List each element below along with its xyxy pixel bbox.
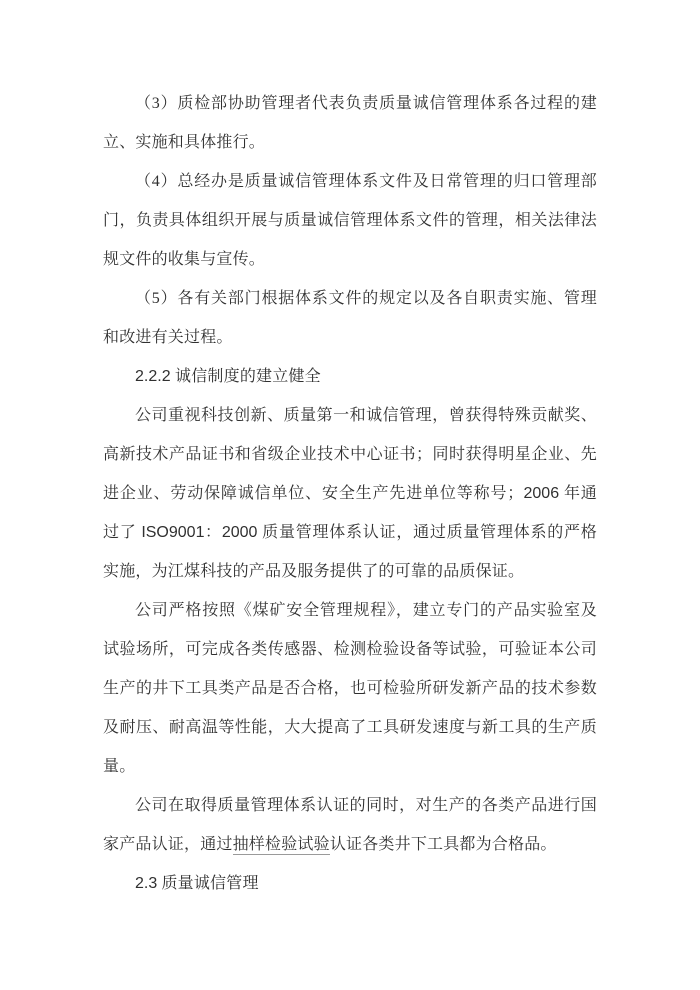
text-segment: 和改进有关过程。 xyxy=(103,329,233,346)
text-segment: 2.2.2 xyxy=(135,368,175,385)
text-segment: 及耐压、耐高温等性能，大大提高了工具研发速度与新工具的生产质 xyxy=(103,719,597,736)
text-segment: 过了 xyxy=(103,524,141,541)
text-segment: 高新技术产品证书和省级企业技术中心证书；同时获得明星企业、先 xyxy=(103,446,597,463)
paragraph-line-p5-l1: 试验场所，可完成各类传感器、检测检验设备等试验，可验证本公司 xyxy=(103,630,597,669)
text-segment: （3）质检部协助管理者代表负责质量诚信管理体系各过程的建 xyxy=(135,95,597,112)
text-segment: 门，负责具体组织开展与质量诚信管理体系文件的管理，相关法律法 xyxy=(103,212,597,229)
paragraph-line-p4-l1: 高新技术产品证书和省级企业技术中心证书；同时获得明星企业、先 xyxy=(103,435,597,474)
paragraph-line-p6-l0: 公司在取得质量管理体系认证的同时，对生产的各类产品进行国 xyxy=(103,786,597,825)
text-segment: ISO9001 xyxy=(141,524,204,541)
text-segment: 2.3 xyxy=(135,875,157,892)
text-segment: 立、实施和具体推行。 xyxy=(103,134,265,151)
text-segment: 规文件的收集与宣传。 xyxy=(103,251,265,268)
text-segment: 年通 xyxy=(559,485,597,502)
paragraph-line-p4-l0: 公司重视科技创新、质量第一和诚信管理，曾获得特殊贡献奖、 xyxy=(103,396,597,435)
text-segment: 量。 xyxy=(103,758,135,775)
paragraph-line-p1-l2: 规文件的收集与宣传。 xyxy=(103,240,597,279)
text-segment: 进企业、劳动保障诚信单位、安全生产先进单位等称号； xyxy=(103,485,524,502)
paragraph-line-p4-l2: 进企业、劳动保障诚信单位、安全生产先进单位等称号；2006 年通 xyxy=(103,474,597,513)
paragraph-line-p4-l4: 实施，为江煤科技的产品及服务提供了的可靠的品质保证。 xyxy=(103,552,597,591)
paragraph-line-p0-l1: 立、实施和具体推行。 xyxy=(103,123,597,162)
paragraph-line-p5-l0: 公司严格按照《煤矿安全管理规程》，建立专门的产品实验室及 xyxy=(103,591,597,630)
paragraph-line-p0-l0: （3）质检部协助管理者代表负责质量诚信管理体系各过程的建 xyxy=(103,84,597,123)
paragraph-line-p5-l3: 及耐压、耐高温等性能，大大提高了工具研发速度与新工具的生产质 xyxy=(103,708,597,747)
paragraph-line-p4-l3: 过了 ISO9001：2000 质量管理体系认证，通过质量管理体系的严格 xyxy=(103,513,597,552)
text-segment: （4）总经办是质量诚信管理体系文件及日常管理的归口管理部 xyxy=(135,173,597,190)
text-segment: 2006 xyxy=(524,485,560,502)
text-segment: 公司在取得质量管理体系认证的同时，对生产的各类产品进行国 xyxy=(135,797,597,814)
text-segment: 家产品认证，通过 xyxy=(103,836,233,853)
heading-line-p3-l0: 2.2.2 诚信制度的建立健全 xyxy=(103,357,597,396)
paragraph-line-p2-l1: 和改进有关过程。 xyxy=(103,318,597,357)
text-segment: 实施，为江煤科技的产品及服务提供了的可靠的品质保证。 xyxy=(103,563,524,580)
text-segment: ： xyxy=(204,524,221,541)
text-segment: 生产的井下工具类产品是否合格，也可检验所研发新产品的技术参数 xyxy=(103,680,597,697)
heading-line-p7-l0: 2.3 质量诚信管理 xyxy=(103,864,597,903)
text-segment: 公司重视科技创新、质量第一和诚信管理，曾获得特殊贡献奖、 xyxy=(135,407,597,424)
text-segment: 质量诚信管理 xyxy=(157,875,258,892)
paragraph-line-p1-l1: 门，负责具体组织开展与质量诚信管理体系文件的管理，相关法律法 xyxy=(103,201,597,240)
text-segment: （5）各有关部门根据体系文件的规定以及各自职责实施、管理 xyxy=(135,290,597,307)
text-segment: 诚信制度的建立健全 xyxy=(175,368,321,385)
paragraph-line-p6-l1: 家产品认证，通过抽样检验试验认证各类井下工具都为合格品。 xyxy=(103,825,597,864)
text-segment: 2000 xyxy=(222,524,258,541)
paragraph-line-p1-l0: （4）总经办是质量诚信管理体系文件及日常管理的归口管理部 xyxy=(103,162,597,201)
text-segment: 公司严格按照《煤矿安全管理规程》，建立专门的产品实验室及 xyxy=(135,602,597,619)
underlined-text-segment: 抽样检验试验 xyxy=(233,836,330,855)
document-page: （3）质检部协助管理者代表负责质量诚信管理体系各过程的建立、实施和具体推行。（4… xyxy=(0,0,700,990)
paragraph-line-p5-l2: 生产的井下工具类产品是否合格，也可检验所研发新产品的技术参数 xyxy=(103,669,597,708)
paragraph-line-p5-l4: 量。 xyxy=(103,747,597,786)
text-segment: 认证各类井下工具都为合格品。 xyxy=(330,836,557,853)
paragraph-line-p2-l0: （5）各有关部门根据体系文件的规定以及各自职责实施、管理 xyxy=(103,279,597,318)
text-segment: 质量管理体系认证，通过质量管理体系的严格 xyxy=(257,524,597,541)
text-segment: 试验场所，可完成各类传感器、检测检验设备等试验，可验证本公司 xyxy=(103,641,597,658)
